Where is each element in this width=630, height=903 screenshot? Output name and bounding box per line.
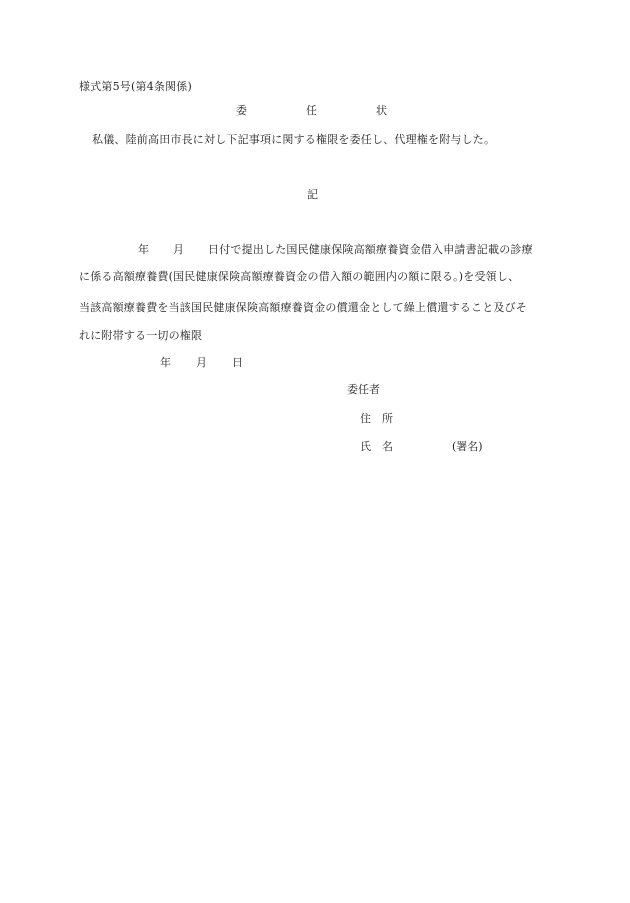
delegator-label: 委任者: [347, 383, 380, 397]
title-char-3: 状: [376, 104, 387, 118]
title-char-2: 任: [306, 104, 317, 118]
address-label: 住 所: [360, 412, 393, 426]
ki-heading: 記: [307, 188, 318, 202]
body-year-label: 年: [138, 243, 149, 257]
date-month-label: 月: [196, 356, 207, 370]
date-year-label: 年: [160, 356, 171, 370]
date-day-label: 日: [232, 356, 243, 370]
body-line-3: 当該高額療養費を当該国民健康保険高額療養資金の償還金として繰上償還すること及びそ: [79, 301, 527, 315]
body-month-label: 月: [173, 243, 184, 257]
name-label: 氏 名: [360, 440, 393, 454]
signature-note: (署名): [452, 440, 483, 454]
document-page: 様式第5号(第4条関係) 委 任 状 私儀、陸前高田市長に対し下記事項に関する権…: [0, 0, 630, 903]
body-line-4: れに附帯する一切の権限: [79, 329, 202, 343]
title-char-1: 委: [236, 104, 247, 118]
body-line-1: 日付で提出した国民健康保険高額療養資金借入申請書記載の診療: [208, 243, 533, 257]
preamble-text: 私儀、陸前高田市長に対し下記事項に関する権限を委任し、代理権を附与した。: [92, 133, 495, 147]
body-line-2: に係る高額療養費(国民健康保険高額療養資金の借入額の範囲内の額に限る。)を受領し…: [79, 270, 519, 284]
form-number: 様式第5号(第4条関係): [79, 80, 192, 94]
